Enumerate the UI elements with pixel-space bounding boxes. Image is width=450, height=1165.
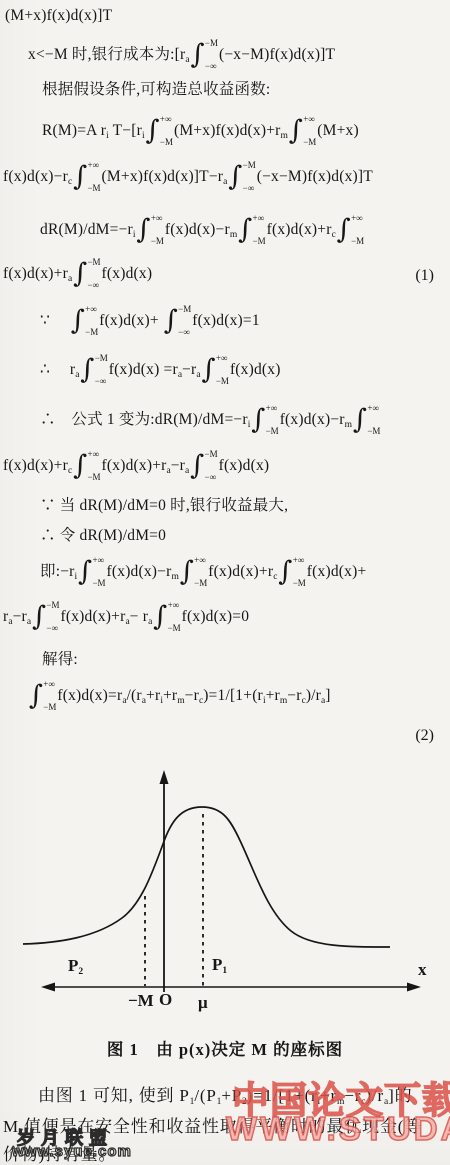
scanned-paper-page: (M+x)f(x)d(x)]Tx<−M 时,银行成本为:[ra∫−M−∞(−x−… bbox=[0, 0, 450, 1165]
watermark-site-url: www.syue.com bbox=[12, 1143, 132, 1160]
watermark-red-url: WWW.STUDA. bbox=[226, 1110, 450, 1148]
paragraph-lines: 由图 1 可知, 使到 P1/(P1+P2)=1/[1+(ri+rm−rc)/r… bbox=[0, 0, 450, 1165]
